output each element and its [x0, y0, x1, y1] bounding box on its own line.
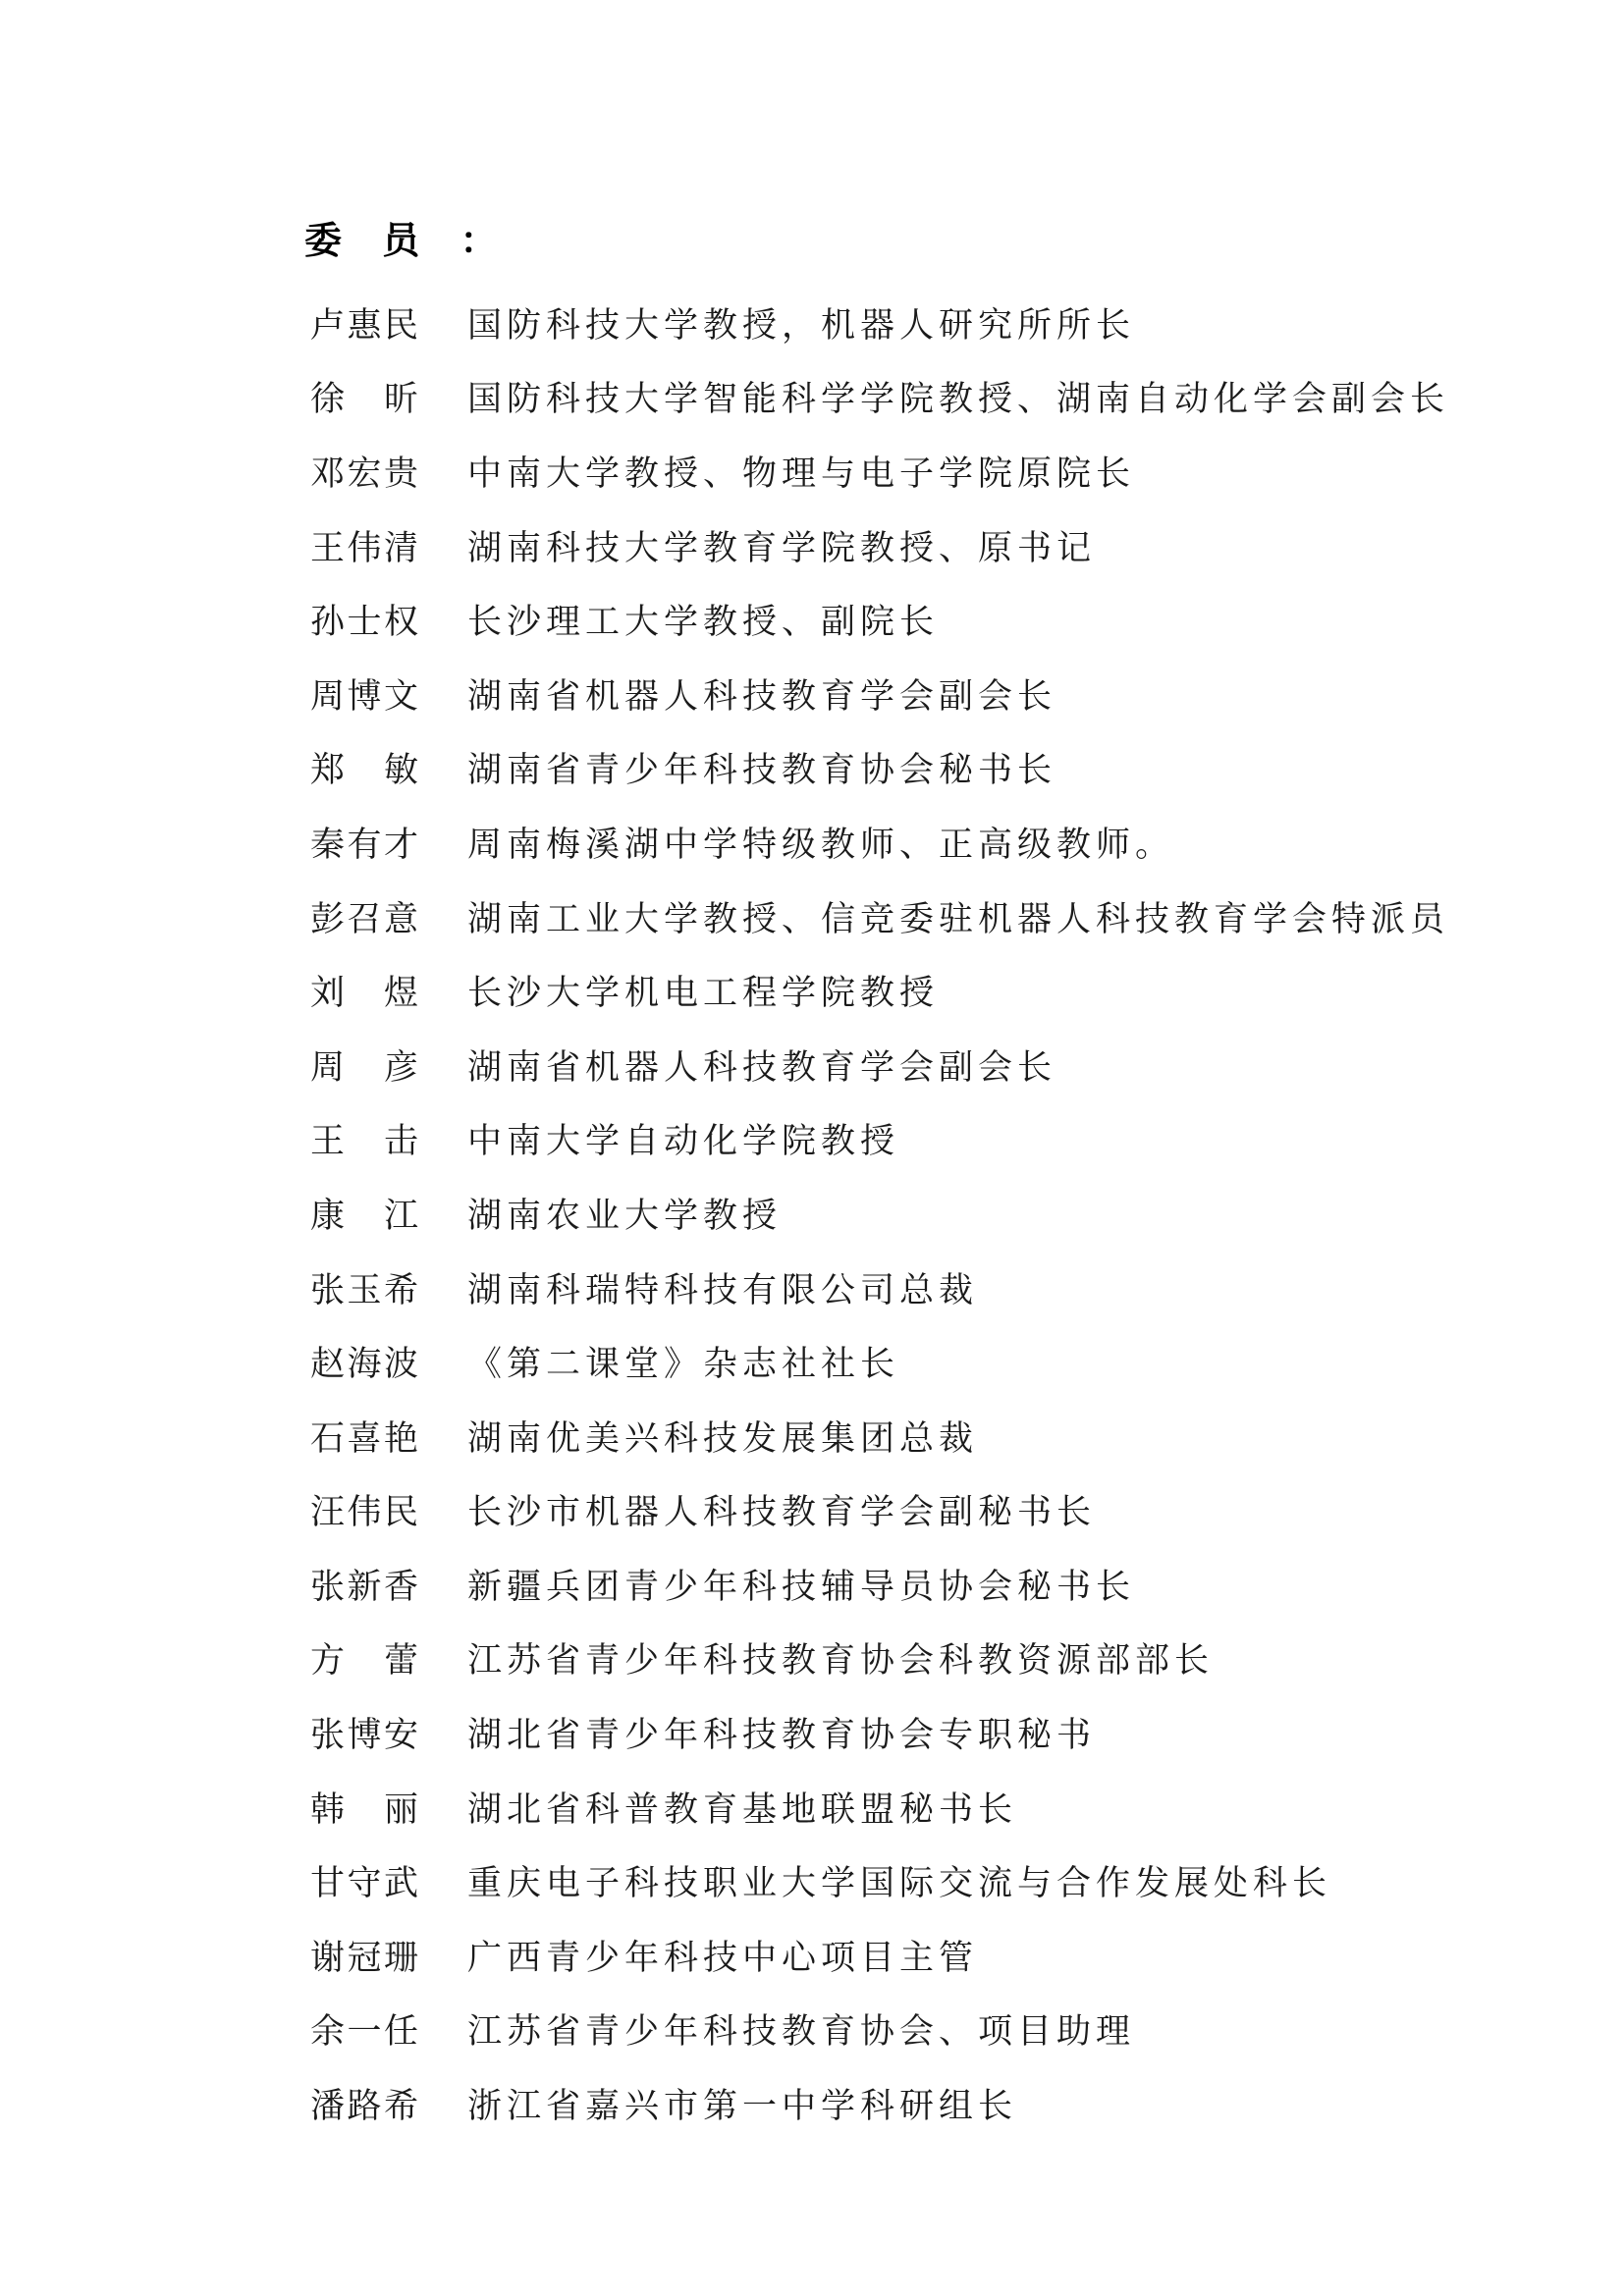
member-row: 周彦湖南省机器人科技教育学会副会长 [310, 1031, 1449, 1105]
member-title: 湖南工业大学教授、信竞委驻机器人科技教育学会特派员 [467, 895, 1449, 944]
member-name: 彭召意 [310, 895, 418, 944]
member-title: 国防科技大学智能科学学院教授、湖南自动化学会副会长 [467, 375, 1449, 424]
member-title: 湖南科技大学教育学院教授、原书记 [467, 524, 1096, 573]
member-title: 湖南省机器人科技教育学会副会长 [467, 1043, 1056, 1093]
member-name: 张博安 [310, 1711, 418, 1760]
member-name: 卢惠民 [310, 301, 418, 350]
member-title: 湖南省青少年科技教育协会秘书长 [467, 746, 1056, 795]
member-title: 国防科技大学教授，机器人研究所所长 [467, 301, 1135, 350]
member-row: 孙士权长沙理工大学教授、副院长 [310, 585, 1449, 660]
member-row: 谢冠珊广西青少年科技中心项目主管 [310, 1921, 1449, 1996]
member-name: 王伟清 [310, 524, 418, 573]
member-row: 甘守武重庆电子科技职业大学国际交流与合作发展处科长 [310, 1846, 1449, 1921]
member-name: 余一任 [310, 2007, 418, 2056]
member-name: 张新香 [310, 1563, 418, 1612]
member-name: 邓宏贵 [310, 450, 418, 499]
member-name: 甘守武 [310, 1859, 418, 1908]
member-name: 汪伟民 [310, 1488, 418, 1537]
member-name: 方蕾 [310, 1636, 418, 1685]
member-row: 方蕾江苏省青少年科技教育协会科教资源部部长 [310, 1625, 1449, 1699]
member-name: 赵海波 [310, 1340, 418, 1389]
member-row: 邓宏贵中南大学教授、物理与电子学院原院长 [310, 437, 1449, 511]
member-name: 谢冠珊 [310, 1934, 418, 1983]
member-row: 王击中南大学自动化学院教授 [310, 1105, 1449, 1180]
member-title: 中南大学教授、物理与电子学院原院长 [467, 450, 1135, 499]
member-row: 张玉希湖南科瑞特科技有限公司总裁 [310, 1254, 1449, 1328]
member-name: 康江 [310, 1192, 418, 1241]
member-name: 徐昕 [310, 375, 418, 424]
member-row: 张新香新疆兵团青少年科技辅导员协会秘书长 [310, 1550, 1449, 1625]
member-title: 新疆兵团青少年科技辅导员协会秘书长 [467, 1563, 1135, 1612]
member-row: 余一任江苏省青少年科技教育协会、项目助理 [310, 1996, 1449, 2070]
member-name: 刘煜 [310, 969, 418, 1018]
member-title: 湖北省科普教育基地联盟秘书长 [467, 1786, 1017, 1835]
member-row: 潘路希浙江省嘉兴市第一中学科研组长 [310, 2069, 1449, 2144]
member-name: 张玉希 [310, 1266, 418, 1315]
member-row: 石喜艳湖南优美兴科技发展集团总裁 [310, 1402, 1449, 1476]
member-name: 周博文 [310, 672, 418, 721]
section-heading-committee-members: 委 员 ： [304, 214, 511, 267]
member-row: 彭召意湖南工业大学教授、信竞委驻机器人科技教育学会特派员 [310, 882, 1449, 957]
member-title: 《第二课堂》杂志社社长 [467, 1340, 899, 1389]
member-row: 汪伟民长沙市机器人科技教育学会副秘书长 [310, 1476, 1449, 1551]
member-row: 徐昕国防科技大学智能科学学院教授、湖南自动化学会副会长 [310, 363, 1449, 438]
member-title: 广西青少年科技中心项目主管 [467, 1934, 978, 1983]
member-name: 秦有才 [310, 821, 418, 870]
member-title: 中南大学自动化学院教授 [467, 1117, 899, 1166]
member-title: 长沙理工大学教授、副院长 [467, 598, 939, 647]
member-title: 重庆电子科技职业大学国际交流与合作发展处科长 [467, 1859, 1331, 1908]
member-title: 江苏省青少年科技教育协会科教资源部部长 [467, 1636, 1214, 1685]
member-name: 潘路希 [310, 2082, 418, 2131]
member-title: 湖南科瑞特科技有限公司总裁 [467, 1266, 978, 1315]
member-name: 周彦 [310, 1043, 418, 1093]
member-title: 湖南省机器人科技教育学会副会长 [467, 672, 1056, 721]
document-page: 委 员 ： 卢惠民国防科技大学教授，机器人研究所所长徐昕国防科技大学智能科学学院… [0, 0, 1624, 2296]
member-row: 王伟清湖南科技大学教育学院教授、原书记 [310, 511, 1449, 586]
member-title: 长沙市机器人科技教育学会副秘书长 [467, 1488, 1096, 1537]
member-name: 郑敏 [310, 746, 418, 795]
member-title: 周南梅溪湖中学特级教师、正高级教师。 [467, 821, 1174, 870]
member-row: 刘煜长沙大学机电工程学院教授 [310, 956, 1449, 1031]
member-title: 浙江省嘉兴市第一中学科研组长 [467, 2082, 1017, 2131]
member-title: 湖南优美兴科技发展集团总裁 [467, 1415, 978, 1464]
member-row: 周博文湖南省机器人科技教育学会副会长 [310, 660, 1449, 734]
member-row: 张博安湖北省青少年科技教育协会专职秘书 [310, 1698, 1449, 1773]
member-title: 湖南农业大学教授 [467, 1192, 782, 1241]
member-name: 石喜艳 [310, 1415, 418, 1464]
member-name: 孙士权 [310, 598, 418, 647]
member-row: 康江湖南农业大学教授 [310, 1179, 1449, 1254]
member-title: 湖北省青少年科技教育协会专职秘书 [467, 1711, 1096, 1760]
member-title: 长沙大学机电工程学院教授 [467, 969, 939, 1018]
member-row: 韩丽湖北省科普教育基地联盟秘书长 [310, 1773, 1449, 1847]
member-list: 卢惠民国防科技大学教授，机器人研究所所长徐昕国防科技大学智能科学学院教授、湖南自… [310, 289, 1449, 2144]
member-row: 秦有才周南梅溪湖中学特级教师、正高级教师。 [310, 808, 1449, 882]
member-row: 赵海波《第二课堂》杂志社社长 [310, 1327, 1449, 1402]
member-name: 王击 [310, 1117, 418, 1166]
member-row: 郑敏湖南省青少年科技教育协会秘书长 [310, 734, 1449, 809]
member-row: 卢惠民国防科技大学教授，机器人研究所所长 [310, 289, 1449, 363]
member-name: 韩丽 [310, 1786, 418, 1835]
member-title: 江苏省青少年科技教育协会、项目助理 [467, 2007, 1135, 2056]
